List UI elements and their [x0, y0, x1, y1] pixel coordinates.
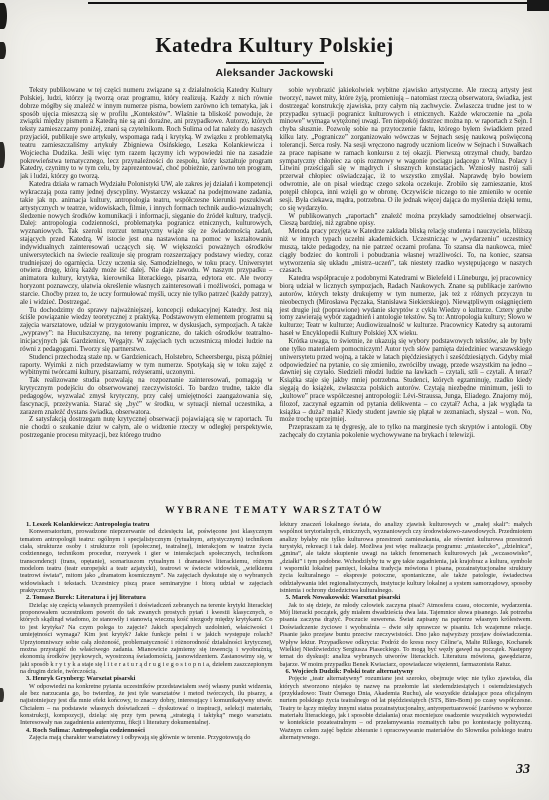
- essay-paragraph: Tu dochodzimy do sprawy najważniejszej, …: [20, 307, 273, 354]
- title-rule: [226, 62, 324, 64]
- workshop-title: 3. Henryk Grynberg: Warsztat pisarski: [20, 675, 273, 682]
- workshops-section-heading: WYBRANE TEMATY WARSZTATÓW: [0, 506, 549, 516]
- essay-paragraph: Z satysfakcją dostrzegam nutę krytycznej…: [20, 416, 273, 440]
- page-number: 33: [516, 762, 530, 778]
- workshop-item: 5. Marek Nowakowski: Warsztat pisarski J…: [280, 594, 533, 667]
- essay-paragraph: W publikowanych „raportach” znaleźć możn…: [280, 213, 533, 229]
- workshop-title: 2. Tomasz Burek: Literatura i jej litera…: [20, 594, 273, 601]
- workshop-description: W odpowiedzi na konkretne pytania uczest…: [20, 683, 273, 727]
- workshop-title: 4. Roch Sulima: Antropologia codziennośc…: [20, 727, 273, 734]
- workshop-description: Dzieląc się częścią własnych przemyśleń …: [20, 602, 273, 675]
- essay-paragraph: Krótka uwaga, to świetnie, że ukazują si…: [280, 338, 533, 424]
- essay-paragraph: Katedra współpracuje z podobnymi Katedra…: [280, 275, 533, 338]
- workshop-item: 2. Tomasz Burek: Literatura i jej litera…: [20, 594, 273, 675]
- scan-corner-mark: [527, 0, 549, 11]
- workshop-item: 4. Roch Sulima: Antropologia codziennośc…: [20, 727, 273, 742]
- article-title: Katedra Kultury Polskiej: [0, 33, 549, 58]
- scan-smudge: [0, 3, 7, 29]
- workshop-title: 1. Leszek Kolankiewicz: Antropologia tea…: [20, 521, 273, 528]
- scan-edge-line: [88, 2, 549, 4]
- workshop-title: 5. Marek Nowakowski: Warsztat pisarski: [280, 594, 533, 601]
- scan-smudge: [0, 42, 6, 59]
- workshops-right-column: lektury znaczeń lokalnego świata, do ana…: [280, 521, 533, 759]
- essay-paragraph: Katedra działa w ramach Wydziału Polonis…: [20, 181, 273, 307]
- essay-right-column: sobie wyobrazić jakiekolwiek wybitne zja…: [280, 87, 533, 499]
- workshop-item: 1. Leszek Kolankiewicz: Antropologia tea…: [20, 521, 273, 594]
- essay-paragraph: Teksty publikowane w tej części numeru z…: [20, 87, 273, 181]
- article-header: Katedra Kultury Polskiej Aleksander Jack…: [0, 0, 549, 79]
- workshop-description: Konwersatorium, prowadzone nieprzerwanie…: [20, 528, 273, 594]
- workshops-left-column: 1. Leszek Kolankiewicz: Antropologia tea…: [20, 521, 273, 759]
- workshop-item: 3. Henryk Grynberg: Warsztat pisarski W …: [20, 675, 273, 726]
- essay-paragraph: sobie wyobrazić jakiekolwiek wybitne zja…: [280, 87, 533, 213]
- scan-smudge: [0, 142, 5, 168]
- workshop-description: Zajęcia mają charakter warsztatowy i odb…: [20, 734, 273, 741]
- scan-smudge: [0, 688, 4, 702]
- workshop-item: 6. Wojciech Dudzik: Polski teatr alterna…: [280, 668, 533, 741]
- essay-left-column: Teksty publikowane w tej części numeru z…: [20, 87, 273, 499]
- essay-paragraph: Przepraszam za tę dygresję, ale to tylko…: [280, 424, 533, 440]
- workshop-title: 6. Wojciech Dudzik: Polski teatr alterna…: [280, 668, 533, 675]
- workshops-section: 1. Leszek Kolankiewicz: Antropologia tea…: [20, 521, 532, 759]
- essay-paragraph: Tak realizowane studia pozwalają na rozp…: [20, 377, 273, 416]
- essay-body: Teksty publikowane w tej części numeru z…: [20, 87, 532, 499]
- essay-paragraph: Metoda pracy przyjęta w Katedrze zakłada…: [280, 228, 533, 275]
- author-name: Aleksander Jackowski: [0, 67, 549, 79]
- scanned-page: Katedra Kultury Polskiej Aleksander Jack…: [0, 0, 549, 800]
- workshop-description: lektury znaczeń lokalnego świata, do ana…: [280, 521, 533, 594]
- workshop-item: lektury znaczeń lokalnego świata, do ana…: [280, 521, 533, 594]
- workshop-description: Jak to się dzieje, że młody człowiek zac…: [280, 602, 533, 668]
- workshop-description: Pojęcie „teatr alternatywny” rozumiane j…: [280, 675, 533, 741]
- essay-paragraph: Studenci przechodzą staże np. w Gardzien…: [20, 354, 273, 378]
